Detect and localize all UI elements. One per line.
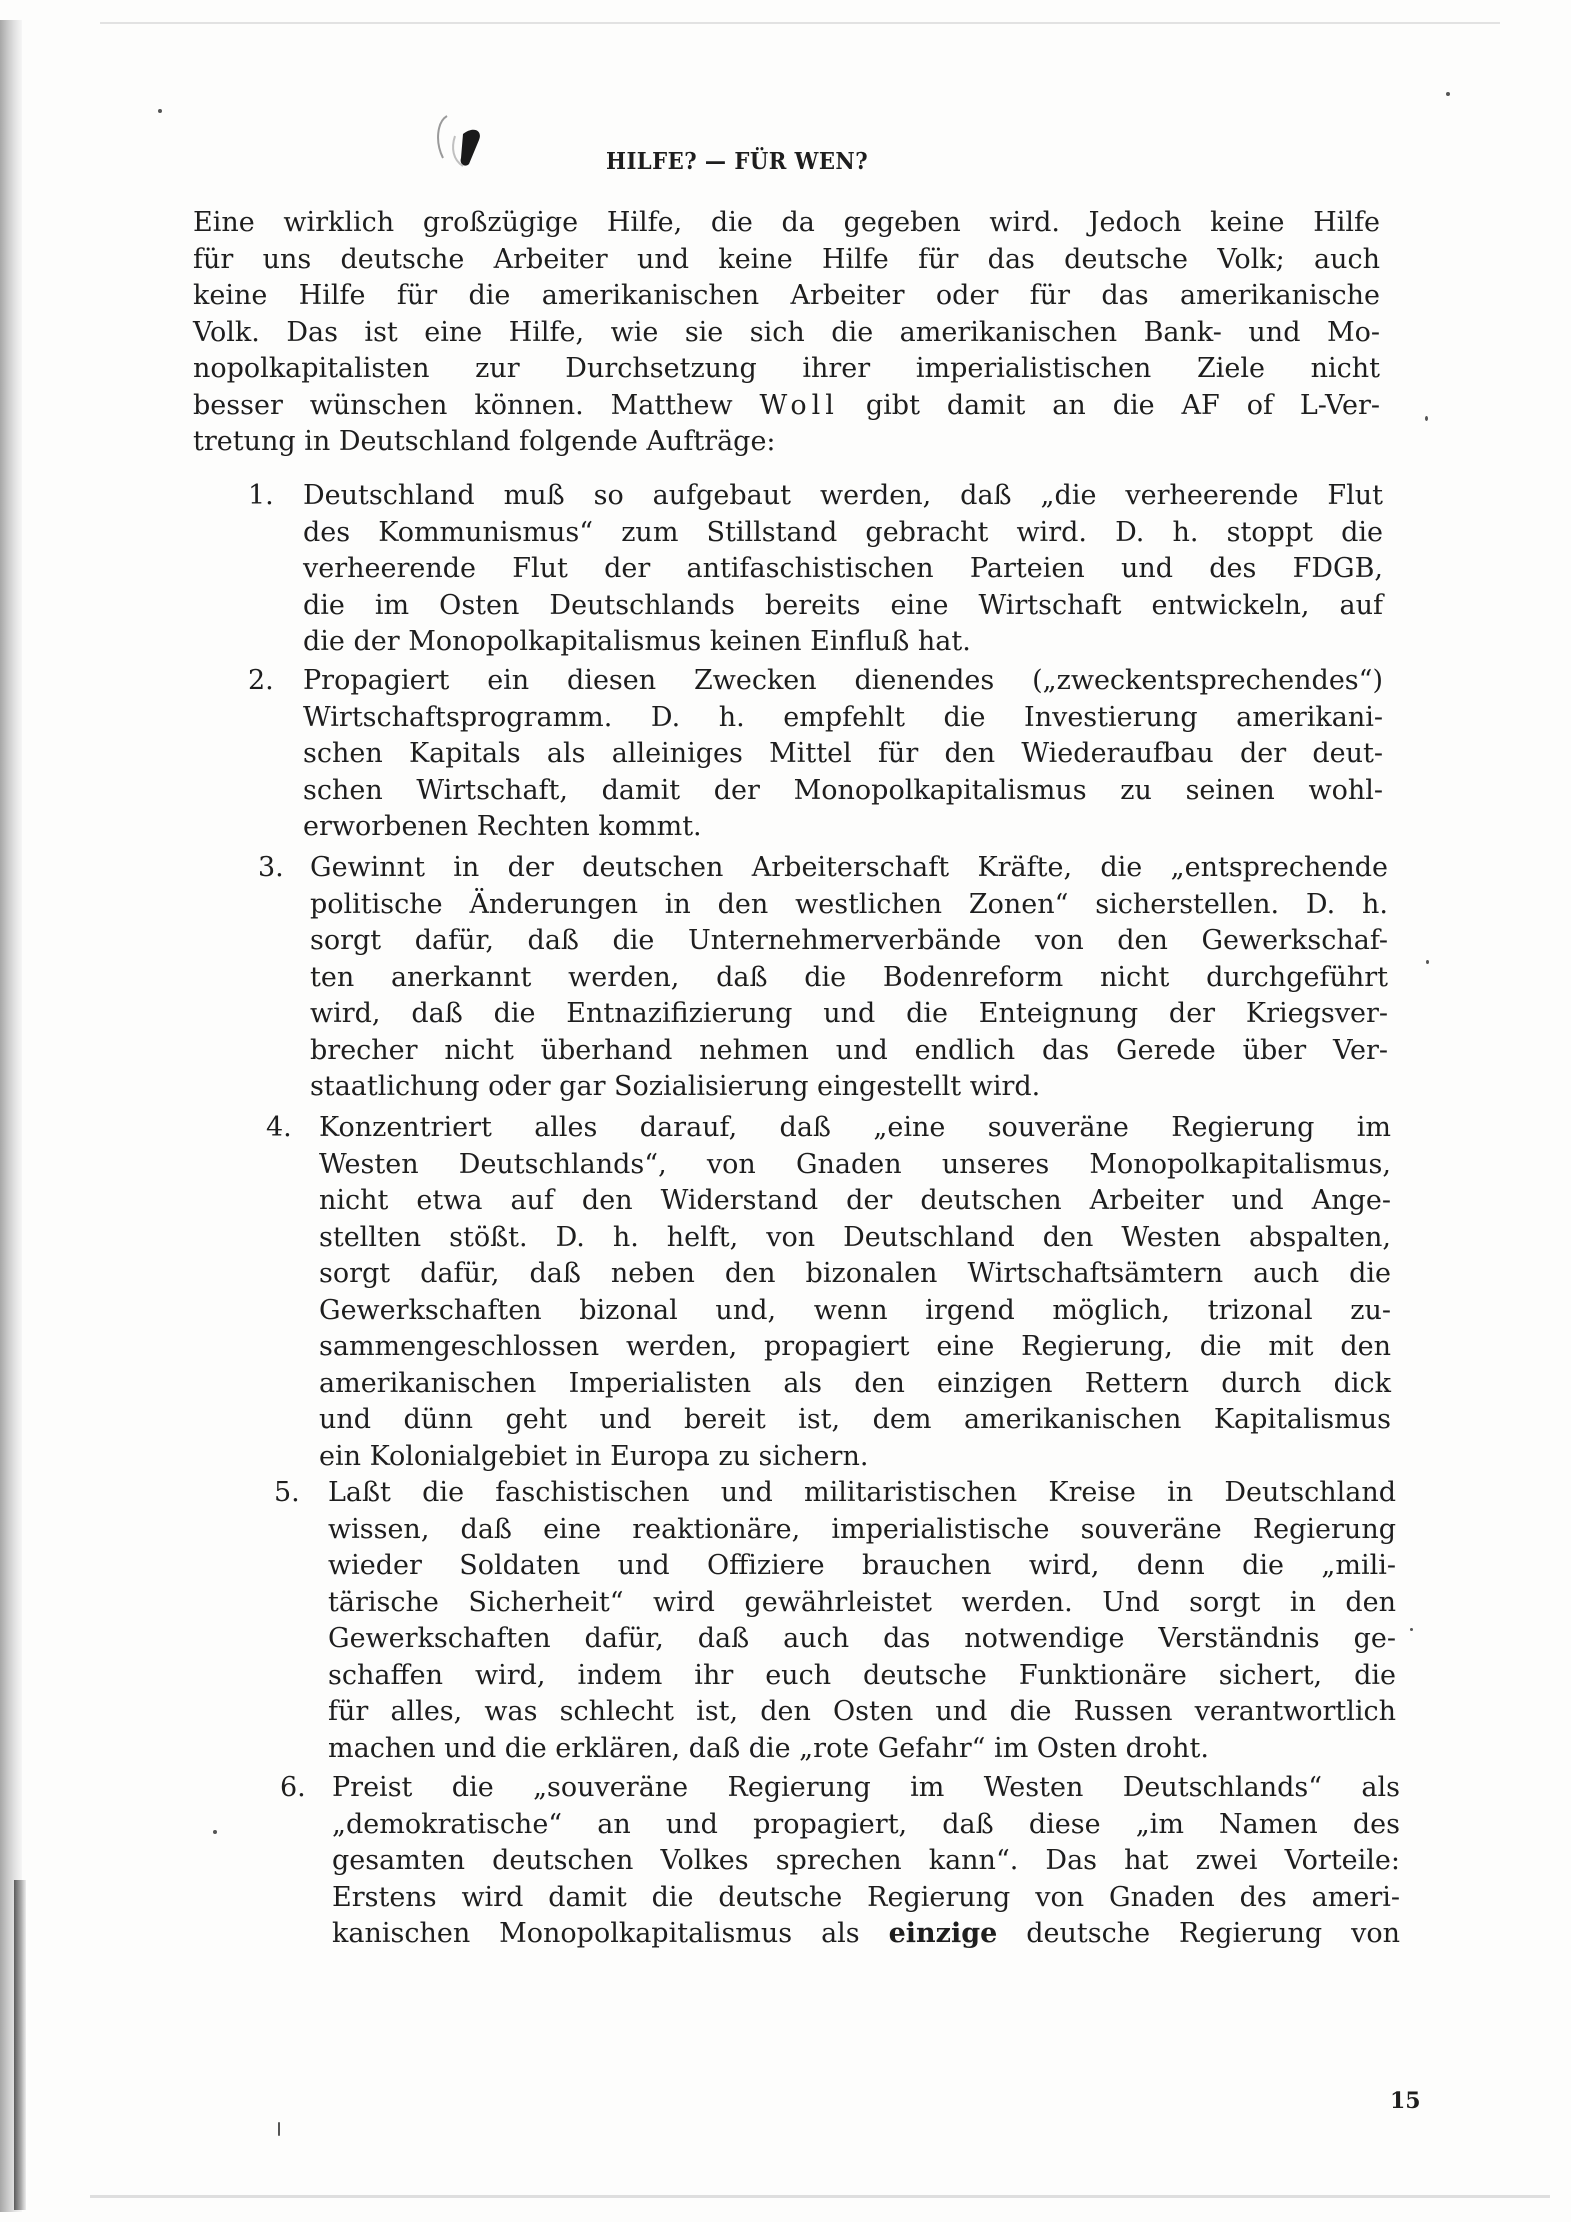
text-line: erworbenen Rechten kommt.: [303, 809, 1383, 846]
ink-mark-icon: [433, 108, 493, 178]
scan-speck: [1425, 416, 1428, 421]
page-number: 15: [1390, 2088, 1421, 2114]
text-line: tretung in Deutschland folgende Aufträge…: [193, 424, 1380, 461]
text-line: Konzentriert alles darauf, daß „eine sou…: [319, 1110, 1391, 1147]
list-item-number: 4.: [266, 1110, 306, 1147]
text-line: Volk. Das ist eine Hilfe, wie sie sich d…: [193, 315, 1380, 352]
text-line: Propagiert ein diesen Zwecken dienendes …: [303, 663, 1383, 700]
list-item-body: Gewinnt in der deutschen Arbeiterschaft …: [310, 850, 1388, 1106]
list-item-number: 5.: [274, 1475, 314, 1512]
text-line: tärische Sicherheit“ wird gewährleistet …: [328, 1585, 1396, 1622]
text-line: schaffen wird, indem ihr euch deutsche F…: [328, 1658, 1396, 1695]
text-line: Deutschland muß so aufgebaut werden, daß…: [303, 478, 1383, 515]
text-line: Eine wirklich großzügige Hilfe, die da g…: [193, 205, 1380, 242]
page-top-edge: [100, 22, 1500, 24]
text-line: ein Kolonialgebiet in Europa zu sichern.: [319, 1439, 1391, 1476]
scan-speck: [1446, 92, 1450, 96]
text-line: Westen Deutschlands“, von Gnaden unseres…: [319, 1147, 1391, 1184]
text-line: verheerende Flut der antifaschistischen …: [303, 551, 1383, 588]
list-item-number: 6.: [280, 1770, 320, 1807]
list-item-number: 3.: [258, 850, 298, 887]
text-line: schen Wirtschaft, damit der Monopolkapit…: [303, 773, 1383, 810]
text-line: keine Hilfe für die amerikanischen Arbei…: [193, 278, 1380, 315]
text-line: nopolkapitalisten zur Durchsetzung ihrer…: [193, 351, 1380, 388]
text-fragment: deutsche Regierung von: [1026, 1918, 1400, 1949]
scan-speck: [278, 2122, 280, 2136]
scanned-page: HILFE? — FÜR WEN? Eine wirklich großzügi…: [0, 0, 1571, 2222]
scan-speck: [213, 1830, 217, 1834]
text-line: des Kommunismus“ zum Stillstand gebracht…: [303, 515, 1383, 552]
text-fragment: besser wünschen können. Matthew: [193, 390, 733, 421]
text-line: die im Osten Deutschlands bereits eine W…: [303, 588, 1383, 625]
text-line: Erstens wird damit die deutsche Regierun…: [332, 1880, 1400, 1917]
list-item-body: Deutschland muß so aufgebaut werden, daß…: [303, 478, 1383, 661]
page-title: HILFE? — FÜR WEN?: [606, 148, 868, 175]
intro-paragraph: Eine wirklich großzügige Hilfe, die da g…: [193, 205, 1380, 461]
list-item-number: 1.: [248, 478, 288, 515]
text-line: sorgt dafür, daß die Unternehmerverbände…: [310, 923, 1388, 960]
text-line: wieder Soldaten und Offiziere brauchen w…: [328, 1548, 1396, 1585]
list-item-number: 2.: [248, 663, 288, 700]
text-line: die der Monopolkapitalismus keinen Einfl…: [303, 624, 1383, 661]
text-line: brecher nicht überhand nehmen und endlic…: [310, 1033, 1388, 1070]
text-line: staatlichung oder gar Sozialisierung ein…: [310, 1069, 1388, 1106]
text-line: amerikanischen Imperialisten als den ein…: [319, 1366, 1391, 1403]
text-line: kanischen Monopolkapitalismus als einzig…: [332, 1916, 1400, 1953]
text-line: ten anerkannt werden, daß die Bodenrefor…: [310, 960, 1388, 997]
text-line: für uns deutsche Arbeiter und keine Hilf…: [193, 242, 1380, 279]
binding-spine-dark: [14, 1880, 26, 2210]
list-item-body: Preist die „souveräne Regierung im Weste…: [332, 1770, 1400, 1953]
list-item-body: Laßt die faschistischen und militaristis…: [328, 1475, 1396, 1767]
text-line: wissen, daß eine reaktionäre, imperialis…: [328, 1512, 1396, 1549]
text-fragment: gibt damit an die AF of L-Ver-: [866, 390, 1380, 421]
text-line: sorgt dafür, daß neben den bizonalen Wir…: [319, 1256, 1391, 1293]
text-line: schen Kapitals als alleiniges Mittel für…: [303, 736, 1383, 773]
text-line: gesamten deutschen Volkes sprechen kann“…: [332, 1843, 1400, 1880]
text-line: politische Änderungen in den westlichen …: [310, 887, 1388, 924]
text-line: wird, daß die Entnazifizierung und die E…: [310, 996, 1388, 1033]
text-line: Gewinnt in der deutschen Arbeiterschaft …: [310, 850, 1388, 887]
spaced-name-woll: Woll: [760, 390, 839, 421]
scan-speck: [158, 109, 162, 113]
scan-speck: [1426, 960, 1429, 964]
text-line: besser wünschen können. Matthew Woll gib…: [193, 388, 1380, 425]
text-line: Wirtschaftsprogramm. D. h. empfehlt die …: [303, 700, 1383, 737]
list-item-body: Konzentriert alles darauf, daß „eine sou…: [319, 1110, 1391, 1475]
text-line: „demokratische“ an und propagiert, daß d…: [332, 1807, 1400, 1844]
text-line: Gewerkschaften bizonal und, wenn irgend …: [319, 1293, 1391, 1330]
text-line: stellten stößt. D. h. helft, von Deutsch…: [319, 1220, 1391, 1257]
page-bottom-edge: [90, 2195, 1550, 2198]
text-line: nicht etwa auf den Widerstand der deutsc…: [319, 1183, 1391, 1220]
list-item-body: Propagiert ein diesen Zwecken dienendes …: [303, 663, 1383, 846]
text-line: sammengeschlossen werden, propagiert ein…: [319, 1329, 1391, 1366]
text-line: Gewerkschaften dafür, daß auch das notwe…: [328, 1621, 1396, 1658]
text-line: Laßt die faschistischen und militaristis…: [328, 1475, 1396, 1512]
text-line: und dünn geht und bereit ist, dem amerik…: [319, 1402, 1391, 1439]
text-fragment: kanischen Monopolkapitalismus als: [332, 1918, 860, 1949]
text-line: Preist die „souveräne Regierung im Weste…: [332, 1770, 1400, 1807]
text-line: für alles, was schlecht ist, den Osten u…: [328, 1694, 1396, 1731]
scan-speck: [1410, 1628, 1413, 1631]
text-line: machen und die erklären, daß die „rote G…: [328, 1731, 1396, 1768]
emphasized-word: einzige: [889, 1918, 998, 1949]
